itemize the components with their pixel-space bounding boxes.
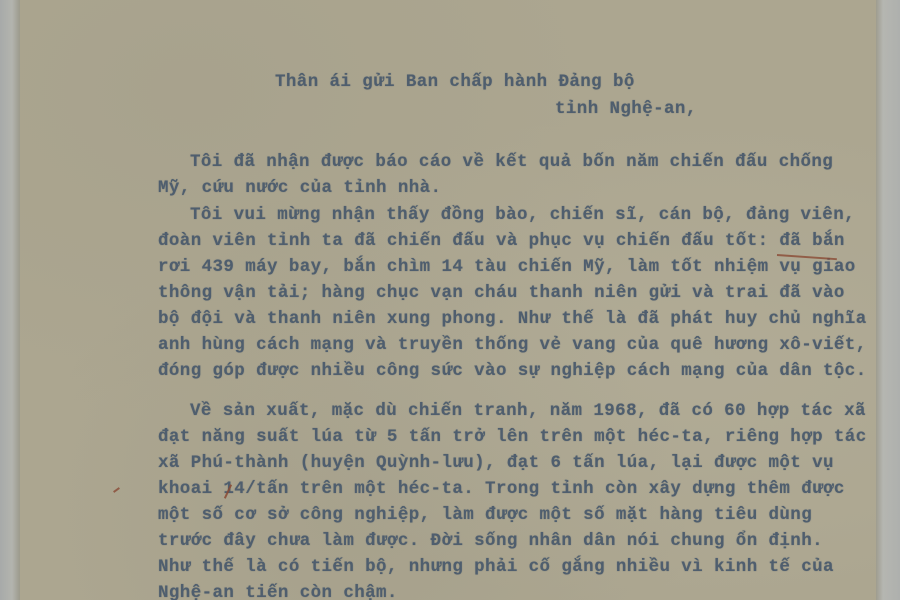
paragraph-3-line-5: một số cơ sở công nghiệp, làm được một s… <box>158 505 812 525</box>
paragraph-3-line-1: Về sản xuất, mặc dù chiến tranh, năm 196… <box>190 401 866 421</box>
scan-edge-right <box>876 0 900 600</box>
paragraph-2-line-5: bộ đội và thanh niên xung phong. Như thế… <box>158 309 867 329</box>
paragraph-3-line-4: khoai 14/tấn trên một héc-ta. Trong tỉnh… <box>158 479 845 499</box>
paragraph-2-line-6: anh hùng cách mạng và truyền thống vẻ va… <box>158 335 867 355</box>
scan-edge-left <box>0 0 20 600</box>
paragraph-2-line-7: đóng góp được nhiều công sức vào sự nghi… <box>158 361 867 381</box>
paragraph-3-line-7: Như thế là có tiến bộ, nhưng phải cố gắn… <box>158 557 834 577</box>
paragraph-3-line-3: xã Phú-thành (huyện Quỳnh-lưu), đạt 6 tấ… <box>158 453 834 473</box>
paragraph-3-line-2: đạt năng suất lúa từ 5 tấn trở lên trên … <box>158 427 867 447</box>
paragraph-2-line-3: rơi 439 máy bay, bắn chìm 14 tàu chiến M… <box>158 257 856 277</box>
paragraph-3-line-8: Nghệ-an tiến còn chậm. <box>158 583 398 600</box>
paragraph-3-line-6: trước đây chưa làm được. Đời sống nhân d… <box>158 531 823 551</box>
paragraph-2-line-1: Tôi vui mừng nhận thấy đồng bào, chiến s… <box>190 205 855 225</box>
paragraph-2-line-2: đoàn viên tỉnh ta đã chiến đấu và phục v… <box>158 231 845 251</box>
paragraph-1-line-2: Mỹ, cứu nước của tỉnh nhà. <box>158 178 441 198</box>
typewritten-page: Thân ái gửi Ban chấp hành Đảng bộ tỉnh N… <box>20 0 876 600</box>
red-pen-tick-mark <box>113 487 120 493</box>
salutation-line-2: tỉnh Nghệ-an, <box>555 99 697 119</box>
paragraph-1-line-1: Tôi đã nhận được báo cáo về kết quả bốn … <box>190 152 833 172</box>
salutation-line-1: Thân ái gửi Ban chấp hành Đảng bộ <box>275 72 635 92</box>
paragraph-2-line-4: thông vận tải; hàng chục vạn cháu thanh … <box>158 283 845 303</box>
